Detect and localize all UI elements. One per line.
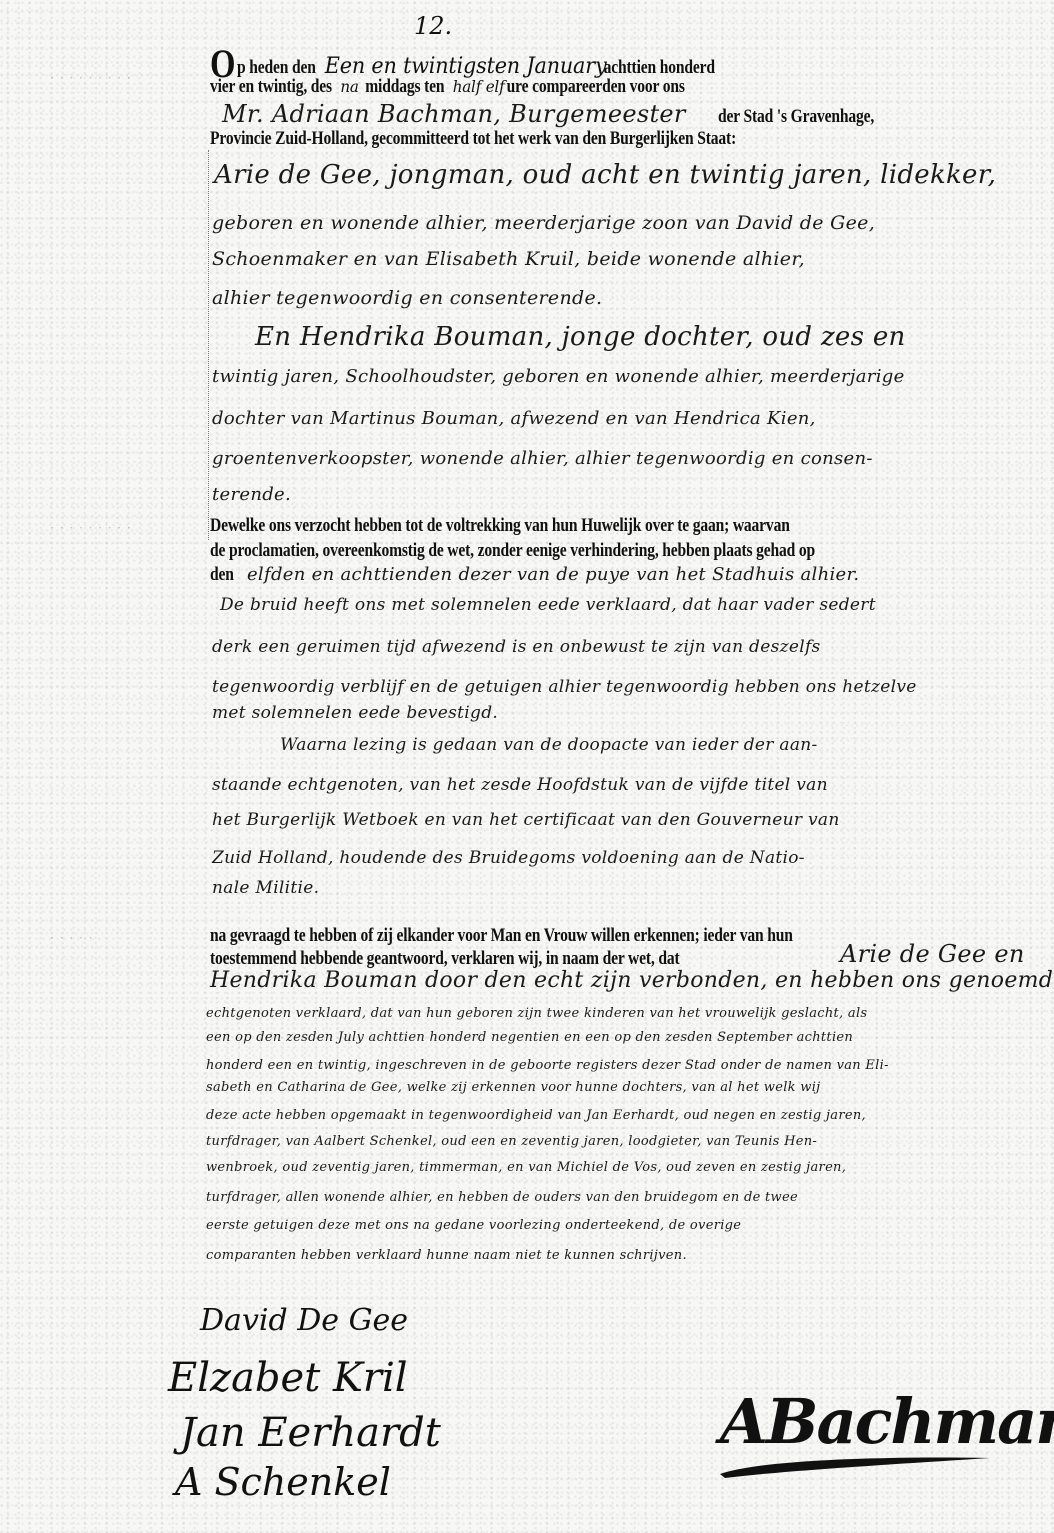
handwritten-line: tegenwoordig verblijf en de getuigen alh…	[212, 677, 917, 697]
margin-rule	[208, 150, 209, 540]
handwritten-line: een op den zesden July achttien honderd …	[206, 1030, 853, 1045]
handwritten-line: groentenverkoopster, wonende alhier, alh…	[212, 448, 873, 469]
handwritten-line: Arie de Gee, jongman, oud acht en twinti…	[214, 160, 996, 190]
handwritten-line: turfdrager, allen wonende alhier, en heb…	[206, 1190, 798, 1205]
signature-elzabet-kril: Elzabet Kril	[168, 1355, 408, 1401]
proclamation-line-1: Dewelke ons verzocht hebben tot de voltr…	[210, 515, 790, 537]
handwritten-line: terende.	[212, 484, 291, 505]
signature-a-schenkel: A Schenkel	[175, 1460, 391, 1504]
declaration-line-1: na gevraagd te hebben of zij elkander vo…	[210, 925, 793, 947]
handwritten-line: alhier tegenwoordig en consenterende.	[212, 287, 602, 309]
page-number: 12.	[414, 12, 452, 40]
mayor-name-handwritten: Mr. Adriaan Bachman, Burgemeester	[222, 100, 686, 128]
handwritten-line: De bruid heeft ons met solemnelen eede v…	[220, 595, 876, 615]
signature-david-de-gee: David De Gee	[200, 1303, 408, 1338]
signature-registrar: ABachman	[720, 1385, 1054, 1458]
margin-bleed-text: · · · · · · · · ·	[50, 70, 200, 98]
handwritten-line: Waarna lezing is gedaan van de doopacte …	[280, 735, 818, 755]
handwritten-line: wenbroek, oud zeventig jaren, timmerman,…	[206, 1160, 846, 1175]
margin-bleed-text: · · · · ·	[50, 930, 200, 958]
handwritten-line: staande echtgenoten, van het zesde Hoofd…	[212, 775, 828, 795]
declaration-line-2: toestemmend hebbende geantwoord, verklar…	[210, 948, 783, 970]
signature-flourish	[700, 1452, 1000, 1482]
handwritten-line: met solemnelen eede bevestigd.	[212, 703, 498, 723]
document-page: · · · · · · · · · · · · · · · · · · · · …	[0, 0, 1054, 1533]
handwritten-line: Hendrika Bouman door den echt zijn verbo…	[210, 968, 1054, 993]
handwritten-line: eerste getuigen deze met ons na gedane v…	[206, 1218, 741, 1233]
preamble-line-4: Provincie Zuid-Holland, gecommitteerd to…	[210, 128, 736, 150]
handwritten-line: nale Militie.	[212, 878, 319, 898]
handwritten-line: derk een geruimen tijd afwezend is en on…	[212, 637, 821, 657]
handwritten-line: comparanten hebben verklaard hunne naam …	[206, 1248, 687, 1263]
handwritten-line: twintig jaren, Schoolhoudster, geboren e…	[212, 366, 905, 387]
handwritten-line: deze acte hebben opgemaakt in tegenwoord…	[206, 1108, 866, 1123]
handwritten-line: sabeth en Catharina de Gee, welke zij er…	[206, 1080, 821, 1095]
preamble-line-2: vier en twintig, des na middags ten half…	[210, 76, 685, 98]
handwritten-line: dochter van Martinus Bouman, afwezend en…	[212, 408, 816, 429]
handwritten-line: Zuid Holland, houdende des Bruidegoms vo…	[212, 848, 805, 868]
handwritten-line: geboren en wonende alhier, meerderjarige…	[212, 212, 875, 234]
handwritten-line: echtgenoten verklaard, dat van hun gebor…	[206, 1006, 867, 1021]
handwritten-line: het Burgerlijk Wetboek en van het certif…	[212, 810, 840, 830]
handwritten-line: honderd een en twintig, ingeschreven in …	[206, 1058, 889, 1073]
handwritten-line: turfdrager, van Aalbert Schenkel, oud ee…	[206, 1134, 817, 1149]
signature-jan-eerhardt: Jan Eerhardt	[180, 1410, 441, 1456]
handwritten-line: Schoenmaker en van Elisabeth Kruil, beid…	[212, 248, 805, 270]
proclamation-line-3: den elfden en achttienden dezer van de p…	[210, 564, 859, 586]
preamble-line-3: Mr. Adriaan Bachman, Burgemeester der St…	[222, 100, 908, 128]
proclamation-line-2: de proclamatien, overeenkomstig de wet, …	[210, 540, 815, 562]
handwritten-line: En Hendrika Bouman, jonge dochter, oud z…	[255, 322, 906, 352]
margin-bleed-text: · · · · · · · · ·	[50, 520, 200, 548]
